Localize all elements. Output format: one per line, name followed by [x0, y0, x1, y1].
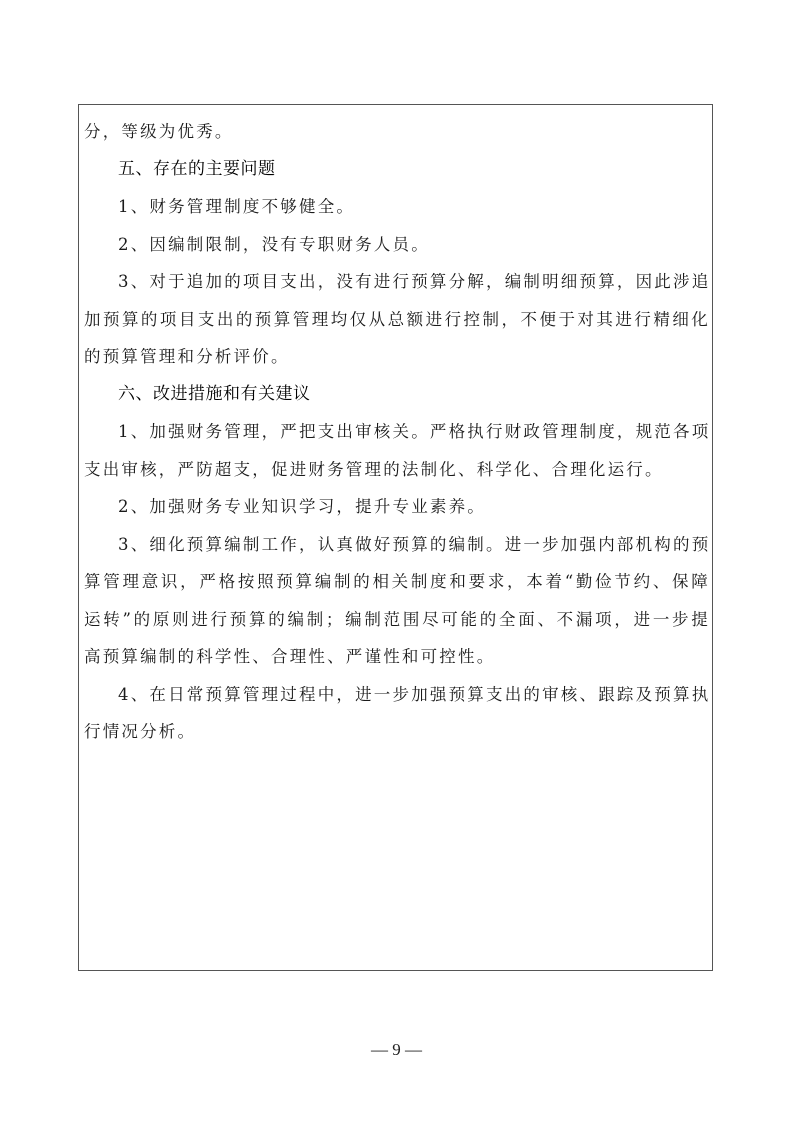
suggestion-item-3-line-3: 运转”的原则进行预算的编制；编制范围尽可能的全面、不漏项，进一步提: [84, 601, 710, 639]
problem-item-3-line-2: 加预算的项目支出的预算管理均仅从总额进行控制，不便于对其进行精细化: [84, 301, 710, 339]
suggestion-item-2: 2、加强财务专业知识学习，提升专业素养。: [84, 488, 710, 526]
section-heading-problems: 五、存在的主要问题: [84, 151, 710, 189]
suggestion-item-4-line-1: 4、在日常预算管理过程中，进一步加强预算支出的审核、跟踪及预算执: [84, 676, 710, 714]
document-body: 分，等级为优秀。 五、存在的主要问题 1、财务管理制度不够健全。 2、因编制限制…: [84, 113, 710, 751]
problem-item-2: 2、因编制限制，没有专职财务人员。: [84, 226, 710, 264]
problem-item-1: 1、财务管理制度不够健全。: [84, 188, 710, 226]
problem-item-3-line-3: 的预算管理和分析评价。: [84, 338, 710, 376]
suggestion-item-3-line-4: 高预算编制的科学性、合理性、严谨性和可控性。: [84, 638, 710, 676]
problem-item-3-line-1: 3、对于追加的项目支出，没有进行预算分解，编制明细预算，因此涉追: [84, 263, 710, 301]
suggestion-item-3-line-1: 3、细化预算编制工作，认真做好预算的编制。进一步加强内部机构的预: [84, 526, 710, 564]
suggestion-item-1-line-2: 支出审核，严防超支，促进财务管理的法制化、科学化、合理化运行。: [84, 451, 710, 489]
section-heading-suggestions: 六、改进措施和有关建议: [84, 376, 710, 414]
page-number: — 9 —: [0, 1040, 793, 1060]
continuation-text: 分，等级为优秀。: [84, 113, 710, 151]
suggestion-item-4-line-2: 行情况分析。: [84, 713, 710, 751]
suggestion-item-1-line-1: 1、加强财务管理，严把支出审核关。严格执行财政管理制度，规范各项: [84, 413, 710, 451]
suggestion-item-3-line-2: 算管理意识，严格按照预算编制的相关制度和要求，本着“勤俭节约、保障: [84, 563, 710, 601]
